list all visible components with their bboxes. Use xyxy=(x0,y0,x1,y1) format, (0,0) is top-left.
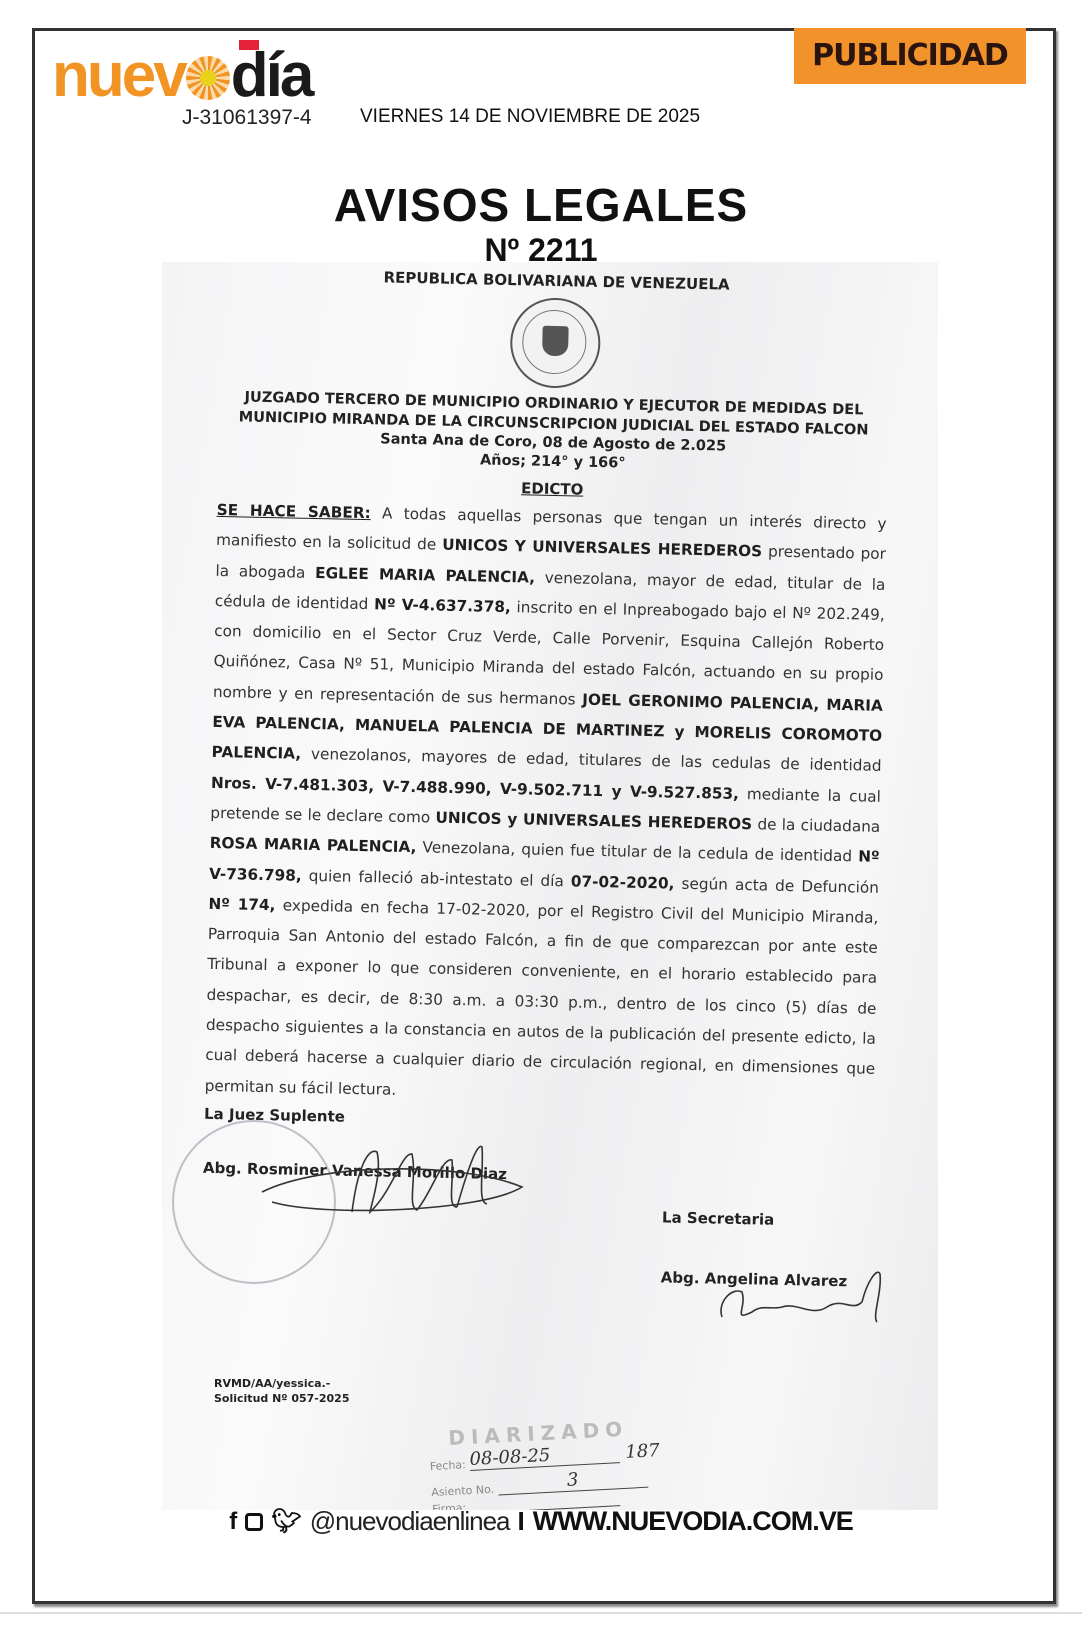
siblings-ids: Nros. V-7.481.303, V-7.488.990, V-9.502.… xyxy=(211,774,739,803)
instagram-icon[interactable] xyxy=(245,1513,263,1531)
logo-text-part1: nuev xyxy=(52,46,185,106)
reference-initials: RVMD/AA/yessica.- xyxy=(214,1376,350,1391)
accent-bar xyxy=(239,40,259,50)
secretary-signature-icon xyxy=(702,1262,902,1342)
deceased-name: ROSA MARIA PALENCIA, xyxy=(210,834,417,856)
country-heading: REPUBLICA BOLIVARIANA DE VENEZUELA xyxy=(221,265,891,297)
reference-block: RVMD/AA/yessica.- Solicitud Nº 057-2025 xyxy=(214,1376,350,1406)
body-text: de la ciudadana xyxy=(752,815,880,836)
applicant-id: Nº V-4.637.378, xyxy=(374,595,511,616)
edicto-body: SE HACE SABER: A todas aquellas personas… xyxy=(204,495,887,1115)
tribunal-supremo-seal-icon xyxy=(509,297,601,389)
body-text: venezolanos, mayores de edad, titulares … xyxy=(301,745,882,775)
section-badge: PUBLICIDAD xyxy=(794,28,1026,84)
section-badge-label: PUBLICIDAD xyxy=(794,28,1026,84)
fecha-label: Fecha: xyxy=(430,1458,467,1473)
folio-value: 187 xyxy=(625,1440,660,1463)
body-bold: UNICOS y UNIVERSALES HEREDEROS xyxy=(435,809,752,834)
logo-text-part2: día xyxy=(231,46,312,106)
issue-date: VIERNES 14 DE NOVIEMBRE DE 2025 xyxy=(360,106,700,128)
coat-of-arms-icon xyxy=(542,326,569,357)
asiento-label: Asiento No. xyxy=(431,1483,494,1499)
death-certificate-number: Nº 174, xyxy=(208,895,275,914)
scanned-document: REPUBLICA BOLIVARIANA DE VENEZUELA JUZGA… xyxy=(162,262,938,1510)
judge-signature-icon xyxy=(242,1132,542,1242)
rif-number: J-31061397-4 xyxy=(182,106,312,130)
fecha-value: 08-08-25 xyxy=(469,1445,551,1470)
website-link[interactable]: WWW.NUEVODIA.COM.VE xyxy=(533,1506,853,1537)
asiento-value: 3 xyxy=(566,1469,579,1491)
applicant-name: EGLEE MARIA PALENCIA, xyxy=(315,564,535,587)
body-text: según acta de Defunción xyxy=(674,874,879,896)
bottom-divider xyxy=(0,1612,1082,1614)
separator: I xyxy=(518,1506,525,1537)
facebook-icon[interactable]: f xyxy=(229,1508,237,1536)
death-date: 07-02-2020, xyxy=(571,872,675,892)
body-text: Venezolana, quien fue titular de la cedu… xyxy=(416,838,858,865)
sun-icon xyxy=(186,56,230,100)
body-bold: UNICOS Y UNIVERSALES HEREDEROS xyxy=(442,536,762,561)
secretary-title: La Secretaria xyxy=(662,1208,872,1230)
asiento-line: 3 xyxy=(497,1466,648,1496)
diarizado-stamp: DIARIZADO Fecha: 08-08-25 187 Asiento No… xyxy=(428,1413,702,1510)
twitter-icon[interactable]: 🐦︎ xyxy=(271,1507,301,1536)
body-text: quien falleció ab-intestato el día xyxy=(301,866,571,890)
social-handle[interactable]: @nuevodiaenlinea xyxy=(310,1506,510,1537)
lead-text: SE HACE SABER: xyxy=(217,501,371,522)
logo-text-dia: día xyxy=(231,41,312,110)
footer: f 🐦︎ @nuevodiaenlinea I WWW.NUEVODIA.COM… xyxy=(0,1506,1082,1537)
body-text: expedida en fecha 17-02-2020, por el Reg… xyxy=(204,896,878,1098)
page-title: AVISOS LEGALES xyxy=(0,178,1082,232)
solicitud-number: Solicitud Nº 057-2025 xyxy=(214,1391,350,1406)
body-text: inscrito en el Inpreabogado bajo el Nº 2… xyxy=(213,598,885,708)
nuevodia-logo: nuev día xyxy=(52,46,311,106)
